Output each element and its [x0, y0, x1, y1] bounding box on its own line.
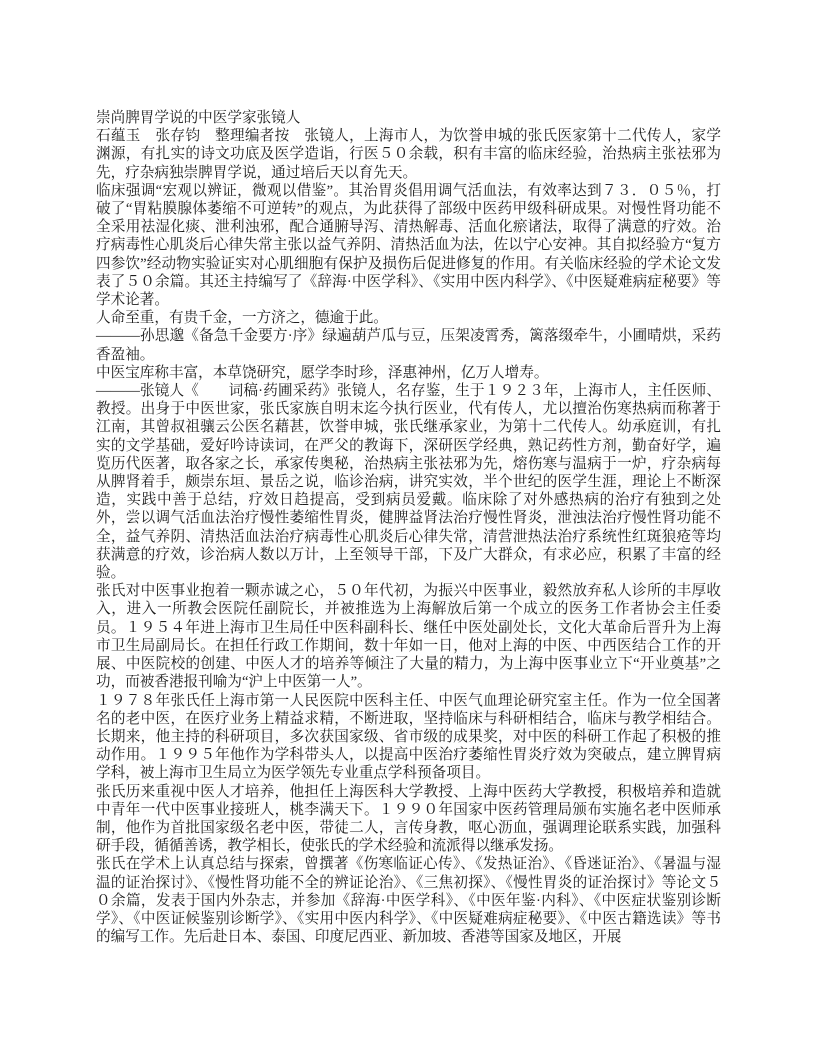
document-title: 崇尚脾胃学说的中医学家张镜人 [96, 109, 721, 127]
paragraph-zhang-attribution-and-biography: ———张镜人《 词稿·药圃采药》张镜人，名存鉴，生于１９２３年，上海市人，主任医… [96, 382, 721, 582]
paragraph-poem-continuation: 中医宝库称丰富，本草饶研究，愿学李时珍，泽惠神州，亿万人增寿。 [96, 364, 721, 382]
paragraph-byline-and-editor-note: 石蕴玉 张存钧 整理编者按 张镜人，上海市人，为饮誉申城的张氏医家第十二代传人，… [96, 127, 721, 182]
paragraph-hospital-research-achievements: １９７８年张氏任上海市第一人民医院中医科主任、中医气血理论研究室主任。作为一位全… [96, 692, 721, 783]
paragraph-clinical-approach: 临床强调“宏观以辨证，微观以借鉴”。其治胃炎倡用调气活血法，有效率达到７３．０５… [96, 182, 721, 309]
paragraph-teaching-and-mentoring: 张氏历来重视中医人才培养，他担任上海医科大学教授、上海中医药大学教授，积极培养和… [96, 783, 721, 856]
document-page: 崇尚脾胃学说的中医学家张镜人 石蕴玉 张存钧 整理编者按 张镜人，上海市人，为饮… [0, 0, 816, 1056]
paragraph-academic-publications: 张氏在学术上认真总结与探索，曾撰著《伤寒临证心传》、《发热证治》、《昏迷证治》、… [96, 855, 721, 946]
paragraph-motto-quote: 人命至重，有贵千金，一方济之，德逾于此。 [96, 309, 721, 327]
document-body: 崇尚脾胃学说的中医学家张镜人 石蕴玉 张存钧 整理编者按 张镜人，上海市人，为饮… [96, 109, 721, 946]
paragraph-sun-simiao-attribution-and-poem: ———孙思邈《备急千金要方·序》绿遍葫芦瓜与豆，压架凌霄秀，篱落缀牵牛，小圃晴烘… [96, 327, 721, 363]
paragraph-career-administration: 张氏对中医事业抱着一颗赤诚之心，５０年代初，为振兴中医事业，毅然放弃私人诊所的丰… [96, 582, 721, 691]
